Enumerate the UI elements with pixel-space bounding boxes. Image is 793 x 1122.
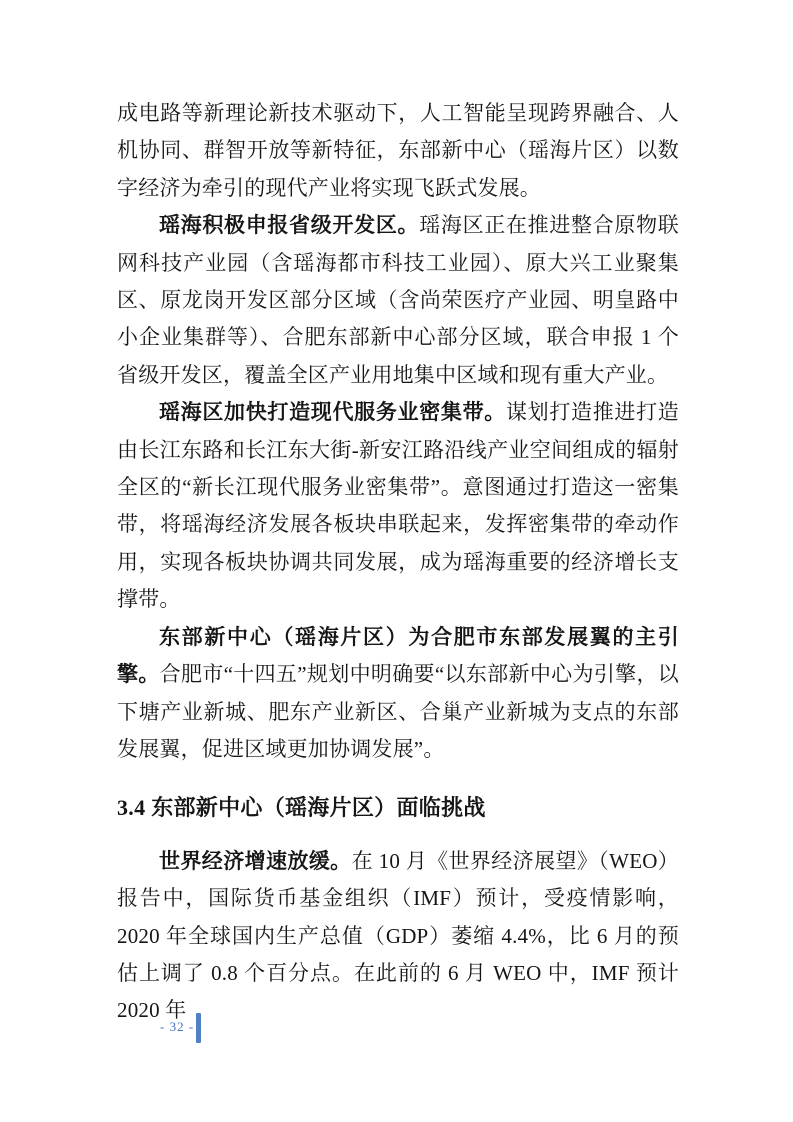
paragraph-text: 合肥市“十四五”规划中明确要“以东部新中心为引擎，以下塘产业新城、肥东产业新区、… [117,662,679,761]
page-footer: - 32 - [0,1010,793,1050]
paragraph-lead-bold: 瑶海积极申报省级开发区。 [159,213,419,237]
document-page: 成电路等新理论新技术驱动下，人工智能呈现跨界融合、人机协同、群智开放等新特征，东… [0,0,793,1122]
paragraph-lead-bold: 瑶海区加快打造现代服务业密集带。 [159,400,506,424]
paragraph: 世界经济增速放缓。在 10 月《世界经济展望》（WEO）报告中，国际货币基金组织… [117,843,679,1030]
paragraph: 瑶海积极申报省级开发区。瑶海区正在推进整合原物联网科技产业园（含瑶海都市科技工业… [117,207,679,394]
document-body: 成电路等新理论新技术驱动下，人工智能呈现跨界融合、人机协同、群智开放等新特征，东… [117,95,679,1030]
paragraph-text: 在 10 月《世界经济展望》（WEO）报告中，国际货币基金组织（IMF）预计，受… [117,849,679,1023]
text-cursor [196,1013,201,1043]
paragraph: 东部新中心（瑶海片区）为合肥市东部发展翼的主引擎。合肥市“十四五”规划中明确要“… [117,619,679,769]
paragraph: 成电路等新理论新技术驱动下，人工智能呈现跨界融合、人机协同、群智开放等新特征，东… [117,95,679,207]
paragraph-lead-bold: 世界经济增速放缓。 [159,849,352,873]
paragraph-text: 瑶海区正在推进整合原物联网科技产业园（含瑶海都市科技工业园）、原大兴工业聚集区、… [117,213,679,387]
page-number: - 32 - [160,1019,194,1035]
paragraph-text: 成电路等新理论新技术驱动下，人工智能呈现跨界融合、人机协同、群智开放等新特征，东… [117,101,679,200]
section-heading: 3.4 东部新中心（瑶海片区）面临挑战 [117,789,679,826]
paragraph: 瑶海区加快打造现代服务业密集带。谋划打造推进打造由长江东路和长江东大街-新安江路… [117,394,679,618]
paragraph-text: 谋划打造推进打造由长江东路和长江东大街-新安江路沿线产业空间组成的辐射全区的“新… [117,400,679,611]
